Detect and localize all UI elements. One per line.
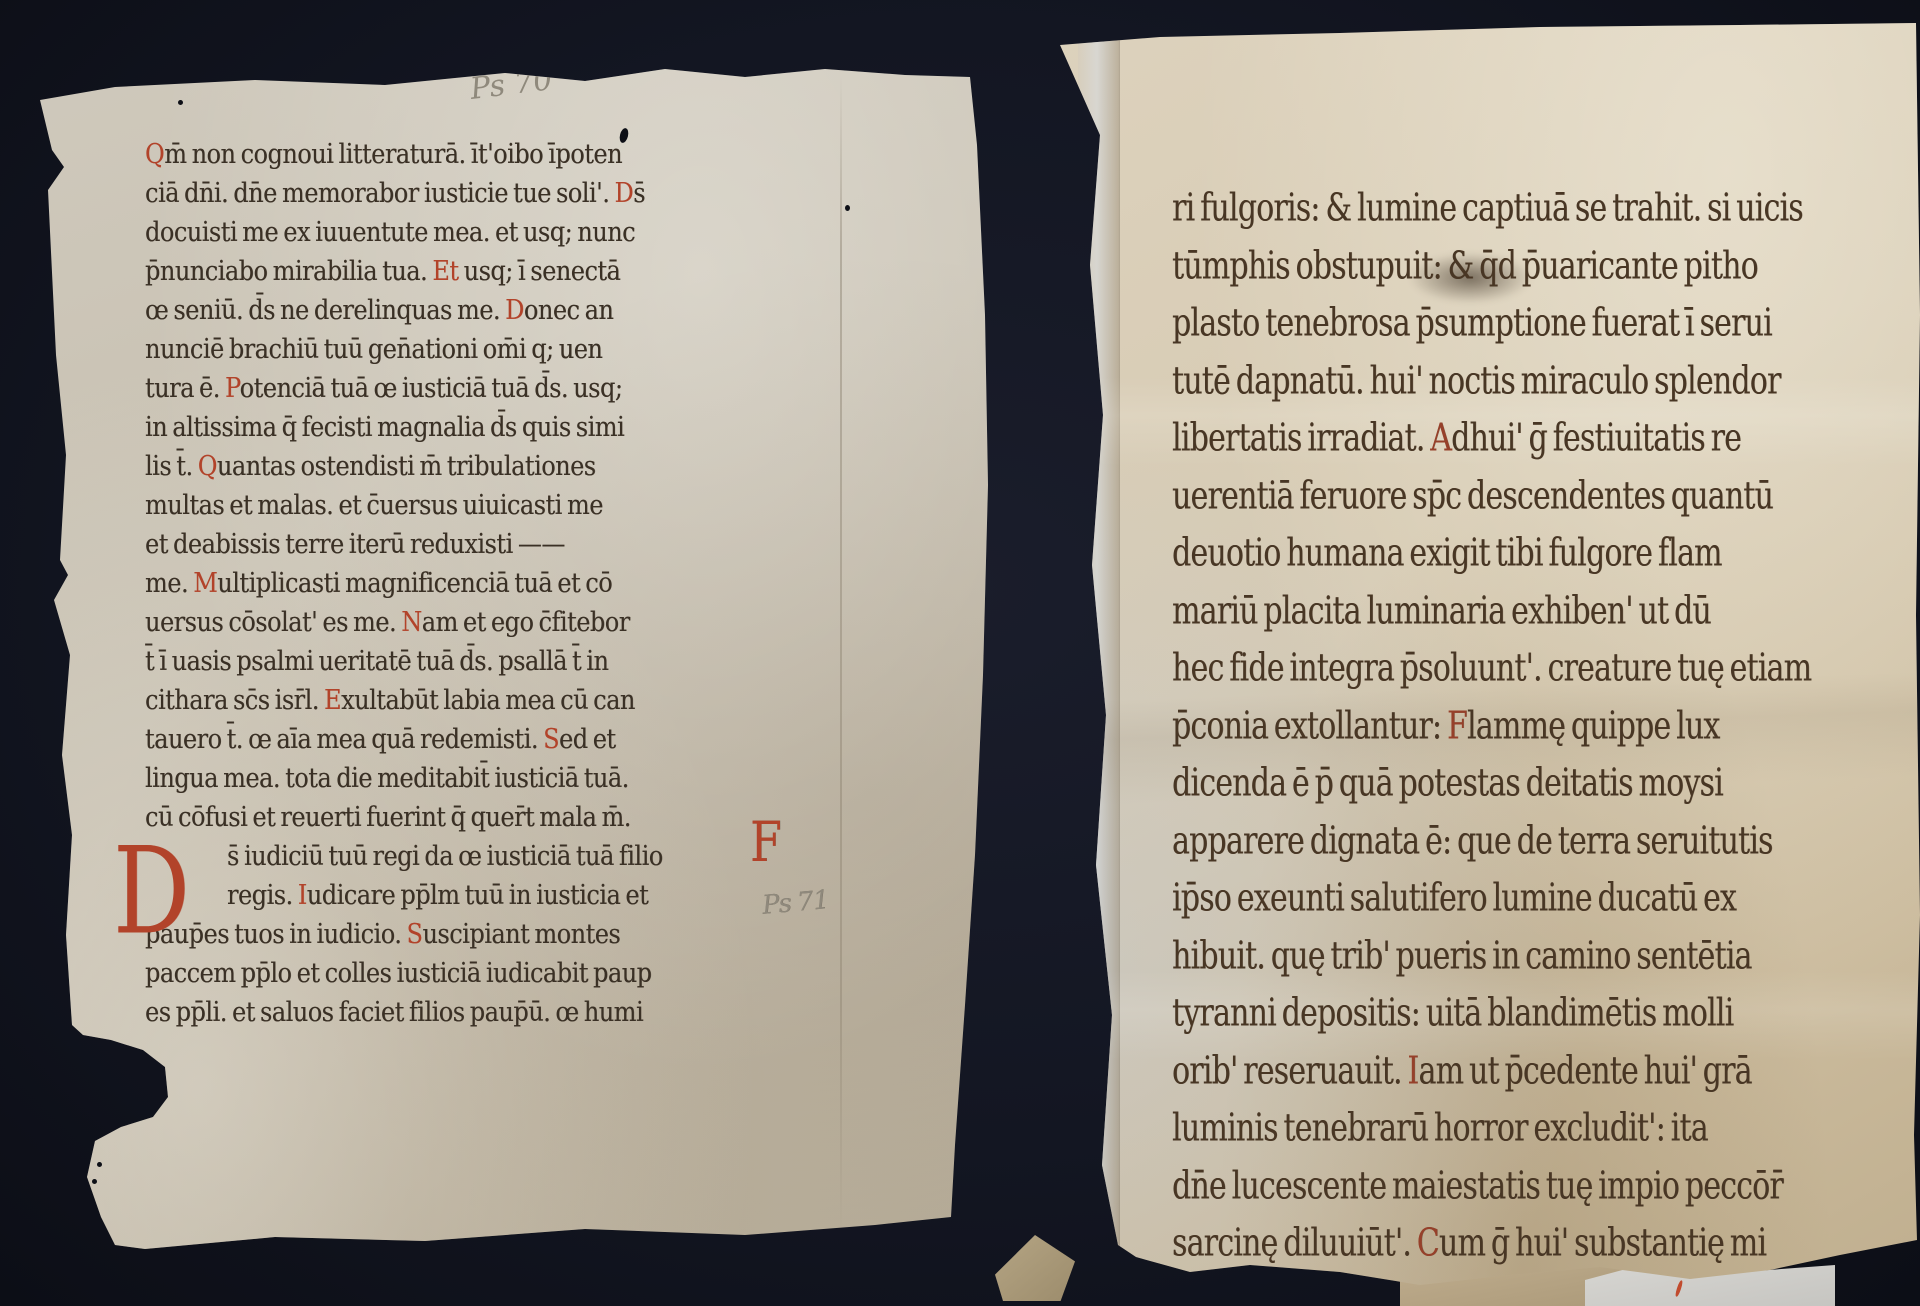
- rubricated-initial: N: [401, 606, 422, 637]
- text-line: œ seniū. d̄s ne derelinquas me. Donec an: [145, 289, 810, 333]
- text-line: t̄ ī uasis psalmi ueritatē tuā d̄s. psal…: [145, 640, 810, 684]
- rubricated-initial: M: [193, 567, 217, 598]
- text-segment: uscipiant montes: [422, 918, 620, 949]
- text-segment: me.: [145, 567, 193, 598]
- text-line: docuisti me ex iuuentute mea. et usq; nu…: [145, 211, 810, 255]
- text-segment: lammę quippe lux: [1467, 704, 1720, 749]
- text-line: multas et malas. et c̄uersus uiuicasti m…: [145, 484, 810, 528]
- wormhole: [85, 1058, 91, 1064]
- rubricated-initial: D: [505, 294, 524, 325]
- text-segment: s̄: [633, 177, 645, 208]
- text-segment: deuotio humana exigit tibi fulgore flam: [1172, 531, 1722, 576]
- text-segment: cū cōfusi et reuerti fuerint q̄ quer̄t m…: [145, 801, 631, 832]
- text-segment: C: [1417, 1221, 1439, 1266]
- rubricated-initial: P: [225, 372, 240, 403]
- pencil-annotation-ps70: Ps 70: [468, 62, 554, 107]
- parchment-scrap: [995, 1235, 1075, 1301]
- text-segment: p̄conia extollantur:: [1172, 704, 1447, 749]
- text-line: me. Multiplicasti magnificenciā tuā et c…: [145, 562, 810, 606]
- margin-guide-letter: F: [750, 810, 781, 875]
- text-segment: t̄ ī uasis psalmi ueritatē tuā d̄s. psal…: [145, 645, 608, 676]
- text-line: Qm̄ non cognoui litteraturā. īt'oibo īpo…: [145, 133, 810, 177]
- text-segment: uerentiā feruore sp̄c descendentes quant…: [1172, 474, 1773, 519]
- text-line: uersus cōsolat' es me. Nam et ego c̄fite…: [145, 601, 810, 645]
- wormhole: [75, 1155, 81, 1161]
- text-line: regis. Iudicare pp̄lm tuū in iusticia et: [145, 874, 810, 918]
- rubricated-initial: S: [406, 918, 422, 949]
- text-segment: ciā dn̄i. dn̄e memorabor iusticie tue so…: [145, 177, 614, 208]
- text-segment: F: [1447, 704, 1467, 749]
- rubricated-initial: D: [614, 177, 633, 208]
- right-manuscript-leaf: ri fulgoris: & lumine captiuā se trahit.…: [1040, 15, 1920, 1306]
- text-segment: dicenda ē p̄ quā potestas deitatis moysi: [1172, 761, 1723, 806]
- rubricated-initial: Q: [198, 450, 217, 481]
- text-segment: uantas ostendisti m̄ tribulationes: [217, 450, 596, 481]
- text-segment: nunciē brachiū tuū gen̄ationi om̄i q; ue…: [145, 333, 602, 364]
- wormhole: [97, 1162, 102, 1167]
- text-line: ciā dn̄i. dn̄e memorabor iusticie tue so…: [145, 172, 810, 216]
- text-line: et deabissis terre iterū reduxisti ——: [145, 523, 810, 567]
- rubricated-initial: E: [324, 684, 341, 715]
- wormhole: [845, 205, 850, 211]
- text-segment: libertatis irradiat.: [1172, 416, 1430, 461]
- text-segment: regis.: [227, 879, 298, 910]
- text-segment: orib' reseruauit.: [1172, 1049, 1407, 1094]
- text-segment: ed et: [559, 723, 616, 754]
- text-segment: udicare pp̄lm tuū in iusticia et: [307, 879, 648, 910]
- rubricated-drop-cap: D: [113, 835, 189, 948]
- text-segment: s̄ iudiciū tuū regi da œ iusticiā tuā fi…: [227, 840, 663, 871]
- text-segment: tūmphis obstupuit: & q̄d p̄uaricante pit…: [1172, 244, 1758, 289]
- text-line: in altissima q̄ fecisti magnalia d̄s qui…: [145, 406, 810, 450]
- text-segment: apparere dignata ē: que de terra seruitu…: [1172, 819, 1773, 864]
- text-segment: ip̄so exeunti salutifero lumine ducatū e…: [1172, 876, 1736, 921]
- text-segment: mariū placita luminaria exhiben' ut dū: [1172, 589, 1711, 634]
- text-segment: otenciā tuā œ iusticiā tuā d̄s. usq;: [240, 372, 623, 403]
- text-segment: et deabissis terre iterū reduxisti ——: [145, 528, 565, 559]
- text-segment: p̄nunciabo mirabilia tua.: [145, 255, 432, 286]
- rubricated-initial: I: [298, 879, 307, 910]
- text-segment: m̄ non cognoui litteraturā. īt'oibo īpot…: [164, 138, 622, 169]
- text-segment: ri fulgoris: & lumine captiuā se trahit.…: [1172, 186, 1803, 231]
- text-line: lis t̄. Quantas ostendisti m̄ tribulatio…: [145, 445, 810, 489]
- text-line: nunciē brachiū tuū gen̄ationi om̄i q; ue…: [145, 328, 810, 372]
- pencil-annotation-ps71: Ps 71: [761, 885, 830, 921]
- text-segment: cithara sc̄s isr̄l.: [145, 684, 324, 715]
- text-segment: xultabūt labia mea cū can: [341, 684, 635, 715]
- text-segment: plasto tenebrosa p̄sumptione fuerat ī se…: [1172, 301, 1772, 346]
- text-segment: es pp̄li. et saluos faciet filios paup̄ū…: [145, 996, 643, 1027]
- text-segment: hibuit. quę trib' pueris in camino sentē…: [1172, 934, 1752, 979]
- rubricated-initial: Q: [145, 138, 164, 169]
- text-segment: usq; ī senectā: [458, 255, 620, 286]
- text-segment: um ḡ hui' substantię mi: [1439, 1221, 1766, 1266]
- text-segment: sarcinę diluuiūt'.: [1172, 1221, 1417, 1266]
- right-page-text: ri fulgoris: & lumine captiuā se trahit.…: [1172, 180, 1908, 1275]
- wormhole: [178, 100, 183, 105]
- text-segment: in altissima q̄ fecisti magnalia d̄s qui…: [145, 411, 624, 442]
- wormhole: [118, 1056, 124, 1062]
- text-segment: multas et malas. et c̄uersus uiuicasti m…: [145, 489, 603, 520]
- text-segment: tauero t̄. œ aīa mea quā redemisti.: [145, 723, 543, 754]
- text-line: cū cōfusi et reuerti fuerint q̄ quer̄t m…: [145, 796, 810, 840]
- text-line: es pp̄li. et saluos faciet filios paup̄ū…: [145, 991, 810, 1035]
- text-segment: A: [1430, 416, 1451, 461]
- text-segment: hec fide integra p̄soluunt'. creature tu…: [1172, 646, 1811, 691]
- wormhole: [45, 1052, 52, 1059]
- text-segment: lis t̄.: [145, 450, 198, 481]
- left-manuscript-leaf: Ps 70 Qm̄ non cognoui litteraturā. īt'oi…: [25, 55, 990, 1255]
- text-segment: am ut p̄cedente hui' grā: [1418, 1049, 1751, 1094]
- left-page-text: Qm̄ non cognoui litteraturā. īt'oibo īpo…: [145, 135, 810, 1035]
- wormhole: [140, 1068, 146, 1075]
- text-line: paccem pp̄lo et colles iusticiā iudicabi…: [145, 952, 810, 996]
- text-segment: luminis tenebrarū horror excludit': ita: [1172, 1106, 1708, 1151]
- text-segment: docuisti me ex iuuentute mea. et usq; nu…: [145, 216, 635, 247]
- rubricated-initial: Et: [432, 255, 458, 286]
- text-line: s̄ iudiciū tuū regi da œ iusticiā tuā fi…: [145, 835, 810, 879]
- text-line: p̄nunciabo mirabilia tua. Et usq; ī sene…: [145, 250, 810, 294]
- text-line: paup̄es tuos in iudicio. Suscipiant mont…: [145, 913, 810, 957]
- wormhole: [145, 1078, 150, 1084]
- text-segment: dn̄e lucescente maiestatis tuę impio pec…: [1172, 1164, 1783, 1209]
- manuscript-photo: { "photo": { "background_color": "#13162…: [0, 0, 1920, 1306]
- text-line: tura ē. Potenciā tuā œ iusticiā tuā d̄s.…: [145, 367, 810, 411]
- rubricated-initial: S: [543, 723, 559, 754]
- text-segment: lingua mea. tota die meditabit̄ iusticiā…: [145, 762, 629, 793]
- text-line: tauero t̄. œ aīa mea quā redemisti. Sed …: [145, 718, 810, 762]
- text-segment: tura ē.: [145, 372, 225, 403]
- text-segment: tutē dapnatū. hui' noctis miraculo splen…: [1172, 359, 1781, 404]
- text-segment: tyranni depositis: uitā blandimētis moll…: [1172, 991, 1733, 1036]
- text-line: lingua mea. tota die meditabit̄ iusticiā…: [145, 757, 810, 801]
- text-segment: ultiplicasti magnificenciā tuā et cō: [217, 567, 612, 598]
- text-line: cithara sc̄s isr̄l. Exultabūt labia mea …: [145, 679, 810, 723]
- text-segment: am et ego c̄fitebor: [422, 606, 630, 637]
- text-segment: uersus cōsolat' es me.: [145, 606, 401, 637]
- text-segment: paccem pp̄lo et colles iusticiā iudicabi…: [145, 957, 652, 988]
- text-segment: dhui' ḡ festiuitatis re: [1451, 416, 1741, 461]
- text-segment: onec an: [524, 294, 613, 325]
- red-ink-fleck: [1674, 1280, 1683, 1297]
- text-segment: I: [1407, 1049, 1418, 1094]
- text-segment: œ seniū. d̄s ne derelinquas me.: [145, 294, 505, 325]
- wormhole: [92, 1179, 97, 1184]
- fold-crease: [840, 75, 842, 1235]
